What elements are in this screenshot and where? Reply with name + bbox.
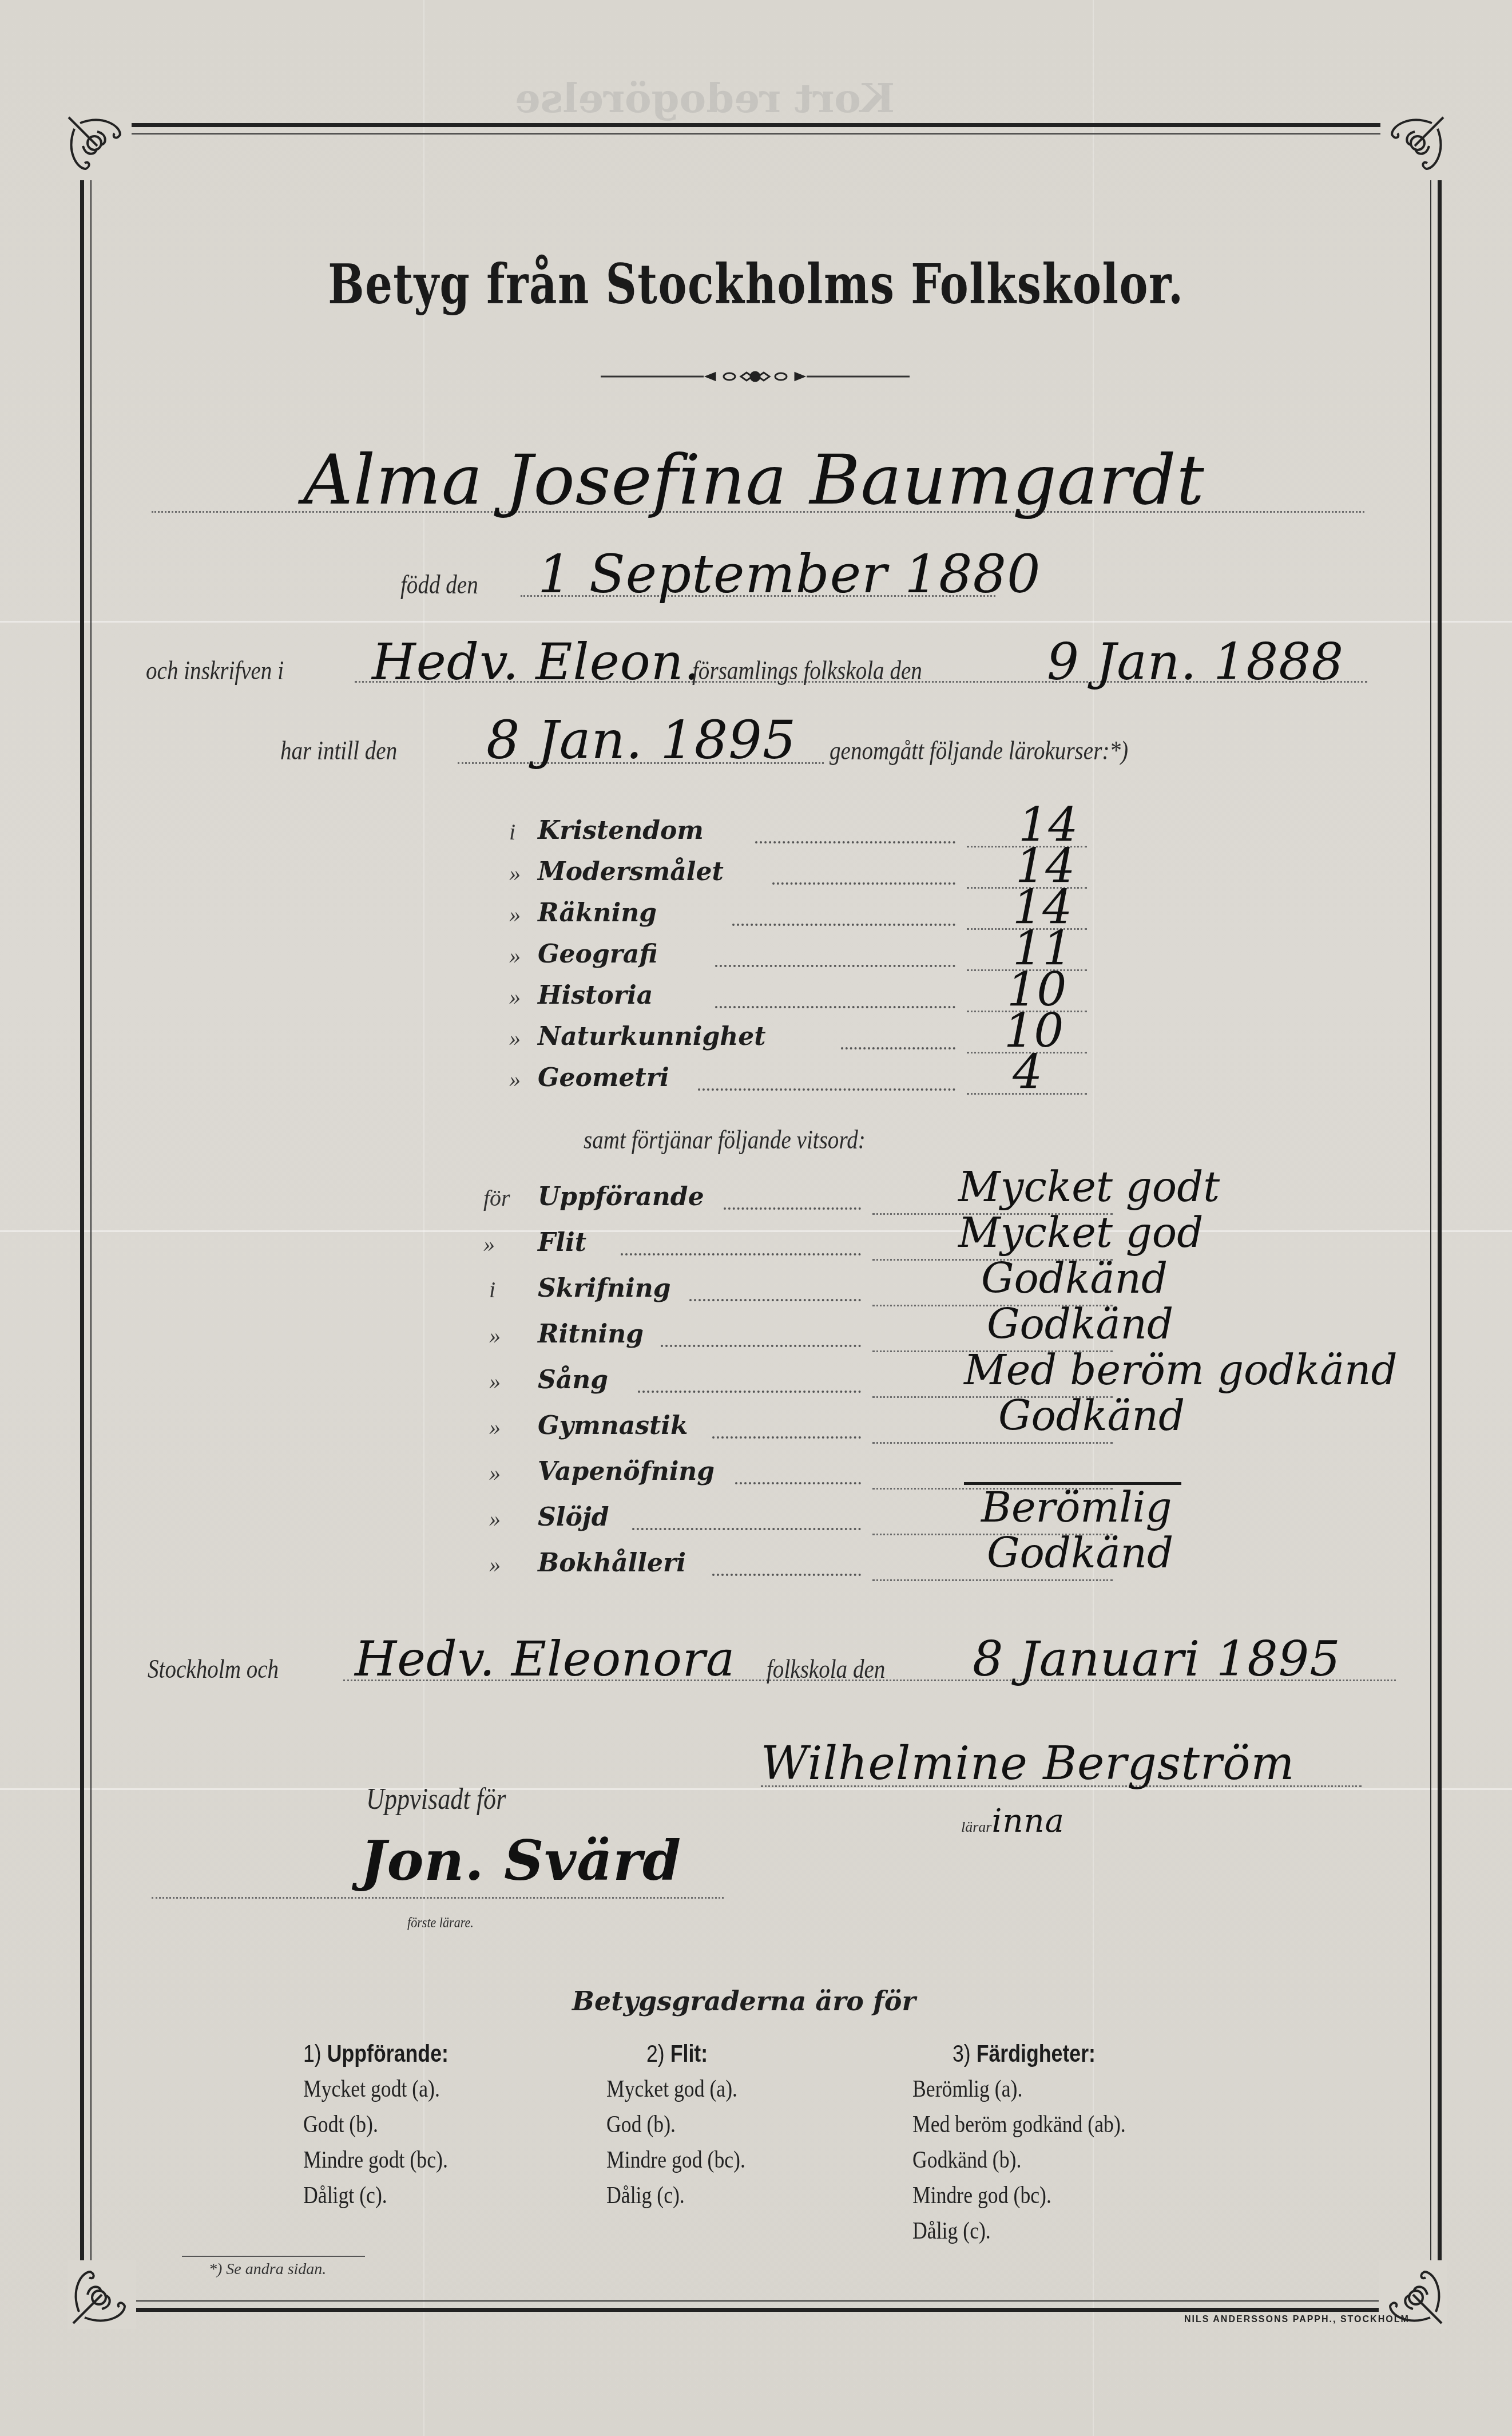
vitsord-intro: samt förtjänar följande vitsord: (584, 1124, 866, 1155)
vitsord-line (872, 1442, 1113, 1444)
city-label: Stockholm och (148, 1654, 279, 1684)
legend-item: Godt (b). (303, 2111, 449, 2138)
leader-dots (621, 1253, 861, 1255)
legend-item: Berömlig (a). (912, 2075, 1126, 2103)
legend-item: Mindre god (bc). (912, 2182, 1126, 2209)
vitsord-subject: Slöjd (538, 1503, 609, 1532)
vitsord-value[interactable]: Godkänd (987, 1529, 1173, 1577)
vitsord-row: i Skrifning Godkänd (483, 1270, 1456, 1315)
head-title: förste lärare. (407, 1914, 474, 1931)
teacher-title: lärarinna (961, 1803, 1065, 1840)
legend-title: Betygsgraderna äro för (572, 1986, 916, 2017)
teacher-signature[interactable]: Wilhelmine Bergström (761, 1737, 1295, 1790)
vitsord-subject: Skrifning (538, 1274, 671, 1303)
vitsord-subject: Gymnastik (538, 1411, 688, 1440)
vitsord-value[interactable]: Godkänd (987, 1300, 1173, 1348)
legend-item: Mindre god (bc). (606, 2146, 745, 2174)
leader-dots (715, 1006, 955, 1008)
leader-dots (724, 1207, 861, 1210)
vitsord-prefix: » (483, 1230, 495, 1257)
course-prefix: » (509, 942, 521, 969)
vitsord-row: » Slöjd Berömlig (483, 1499, 1456, 1544)
document-title: Betyg från Stockholms Folkskolor. (166, 252, 1346, 316)
vitsord-prefix: » (489, 1368, 501, 1395)
leader-dots (712, 1436, 861, 1439)
vitsord-prefix: för (483, 1185, 510, 1211)
legend-item: God (b). (606, 2111, 745, 2138)
legend-item: Godkänd (b). (912, 2146, 1126, 2174)
leader-dots (698, 1088, 955, 1091)
legend-item: Mycket god (a). (606, 2075, 745, 2103)
vitsord-subject: Sång (538, 1365, 608, 1395)
vitsord-prefix: » (489, 1505, 501, 1532)
head-signature-line (152, 1897, 724, 1899)
born-date[interactable]: 1 September 1880 (538, 544, 1041, 605)
head-signature[interactable]: Jon. Svärd (360, 1828, 681, 1893)
vitsord-value[interactable]: Godkänd (998, 1392, 1185, 1440)
parish-school-label: församlings folkskola den (692, 655, 922, 686)
leader-dots (841, 1047, 955, 1049)
leader-dots (689, 1299, 861, 1301)
vitsord-subject: Vapenöfning (538, 1457, 715, 1486)
legend-item: Dåligt (c). (303, 2182, 449, 2209)
corner-ornament-icon (1380, 112, 1449, 180)
leader-dots (661, 1345, 861, 1347)
course-subject: Historia (538, 981, 653, 1010)
vitsord-prefix: » (489, 1413, 501, 1440)
vitsord-value[interactable]: Mycket god (958, 1209, 1203, 1257)
vitsord-row: » Vapenöfning (483, 1453, 1456, 1498)
legend-heading: 3) Färdigheter: (953, 2040, 1132, 2067)
bleed-through-text: Kort redogörelse (515, 74, 895, 122)
legend-item: Dålig (c). (606, 2182, 745, 2209)
leader-dots (712, 1574, 861, 1576)
enrolled-date[interactable]: 9 Jan. 1888 (1047, 632, 1344, 691)
teacher-title-suffix: inna (991, 1803, 1064, 1840)
vitsord-row: » Sång Med beröm godkänd (483, 1362, 1456, 1407)
vitsord-row: » Gymnastik Godkänd (483, 1408, 1456, 1452)
school-label: folkskola den (767, 1654, 885, 1684)
legend-heading: 1) Uppförande: (303, 2040, 449, 2067)
course-subject: Kristendom (538, 816, 704, 845)
enrolled-parish[interactable]: Hedv. Eleon. (372, 632, 700, 691)
courses-label: genomgått följande lärokurser:*) (830, 735, 1128, 766)
teacher-title-prefix: lärar (961, 1819, 991, 1835)
vitsord-row: » Bokhålleri Godkänd (483, 1545, 1456, 1590)
legend-column-flit: 2) Flit: Mycket god (a). God (b). Mindre… (606, 2040, 770, 2209)
course-prefix: » (509, 859, 521, 886)
course-prefix: » (509, 901, 521, 928)
vitsord-prefix: i (489, 1276, 495, 1303)
vitsord-value[interactable]: Med beröm godkänd (964, 1346, 1397, 1394)
footnote-rule (182, 2256, 365, 2257)
course-subject: Geografi (538, 940, 657, 969)
corner-ornament-icon (68, 2260, 136, 2329)
course-subject: Naturkunnighet (538, 1022, 765, 1051)
leader-dots (772, 882, 955, 885)
corner-ornament-icon (63, 112, 132, 180)
vitsord-subject: Bokhålleri (538, 1548, 686, 1578)
until-date[interactable]: 8 Jan. 1895 (486, 710, 796, 771)
legend-column-uppforande: 1) Uppförande: Mycket godt (a). Godt (b)… (303, 2040, 474, 2209)
legend-item: Mycket godt (a). (303, 2075, 449, 2103)
vitsord-prefix: » (489, 1551, 501, 1578)
closing-date[interactable]: 8 Januari 1895 (973, 1631, 1341, 1687)
vitsord-subject: Flit (538, 1228, 586, 1257)
born-label: född den (400, 569, 478, 600)
legend-column-fardigheter: 3) Färdigheter: Berömlig (a). Med beröm … (912, 2040, 1164, 2245)
vitsord-prefix: » (489, 1322, 501, 1349)
vitsord-row: » Flit Mycket god (483, 1225, 1456, 1269)
vitsord-line (872, 1579, 1113, 1581)
until-label: har intill den (280, 735, 397, 766)
footnote: *) Se andra sidan. (209, 2260, 326, 2279)
closing-school[interactable]: Hedv. Eleonora (355, 1631, 735, 1687)
course-row: » Geometri 4 (509, 1060, 1110, 1100)
vitsord-subject: Ritning (538, 1320, 644, 1349)
leader-dots (715, 965, 955, 967)
course-subject: Modersmålet (538, 857, 724, 886)
course-prefix: » (509, 1024, 521, 1051)
vitsord-value[interactable]: Berömlig (981, 1483, 1172, 1531)
legend-heading: 2) Flit: (646, 2040, 751, 2067)
course-prefix: » (509, 983, 521, 1010)
printer-imprint: NILS ANDERSSONS PAPPH., STOCKHOLM (1184, 2315, 1410, 2325)
shown-label: Uppvisadt för (366, 1783, 506, 1816)
legend-item: Dålig (c). (912, 2217, 1126, 2245)
leader-dots (632, 1528, 861, 1530)
leader-dots (732, 924, 955, 926)
course-prefix: » (509, 1065, 521, 1092)
course-grade[interactable]: 4 (1013, 1045, 1042, 1100)
legend-item: Med beröm godkänd (ab). (912, 2111, 1126, 2138)
title-divider-ornament-icon (601, 371, 910, 382)
leader-dots (735, 1482, 861, 1484)
vitsord-value[interactable]: Mycket godt (958, 1163, 1220, 1211)
leader-dots (755, 841, 955, 843)
enrolled-label: och inskrifven i (146, 655, 284, 686)
student-name[interactable]: Alma Josefina Baumgardt (303, 441, 1205, 520)
vitsord-prefix: » (489, 1459, 501, 1486)
course-subject: Geometri (538, 1063, 669, 1092)
course-prefix: i (509, 818, 515, 845)
course-subject: Räkning (538, 898, 657, 928)
vitsord-value[interactable]: Godkänd (981, 1254, 1168, 1302)
vitsord-subject: Uppförande (538, 1182, 704, 1211)
leader-dots (638, 1391, 861, 1393)
legend-item: Mindre godt (bc). (303, 2146, 449, 2174)
